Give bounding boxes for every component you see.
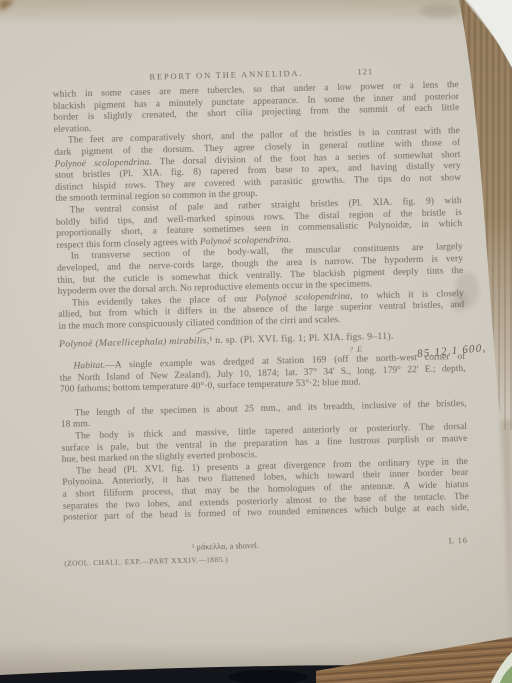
paragraph-head-description: The head (Pl. XVI. fig. 1) presents a gr… <box>62 457 469 525</box>
page-number: 121 <box>357 66 373 76</box>
paragraph-habitat: Habitat.—A single example was dredged at… <box>59 352 466 397</box>
text-line: Polynoë (Macellicephala) mirabilis,¹ n. … <box>59 329 465 351</box>
fore-edge-streaks <box>459 0 512 430</box>
top-smudge <box>420 4 460 18</box>
right-edge-shadow <box>500 420 512 650</box>
page-title: REPORT ON THE ANNELIDA. <box>149 68 303 82</box>
paragraph-feet: The feet are comparatively short, and th… <box>54 126 462 205</box>
signature-mark: L 16 <box>449 536 468 545</box>
handwritten-correction-mark: ? E <box>349 345 363 355</box>
species-heading: Polynoë (Macellicephala) mirabilis,¹ n. … <box>59 329 465 351</box>
book-page-photo: REPORT ON THE ANNELIDA. 121 which in som… <box>0 0 512 683</box>
printed-page: REPORT ON THE ANNELIDA. 121 which in som… <box>52 50 470 568</box>
footnote: ¹ μάκελλα, a shovel. <box>192 541 259 552</box>
body-text: which in some cases are mere tubercles, … <box>53 80 470 525</box>
